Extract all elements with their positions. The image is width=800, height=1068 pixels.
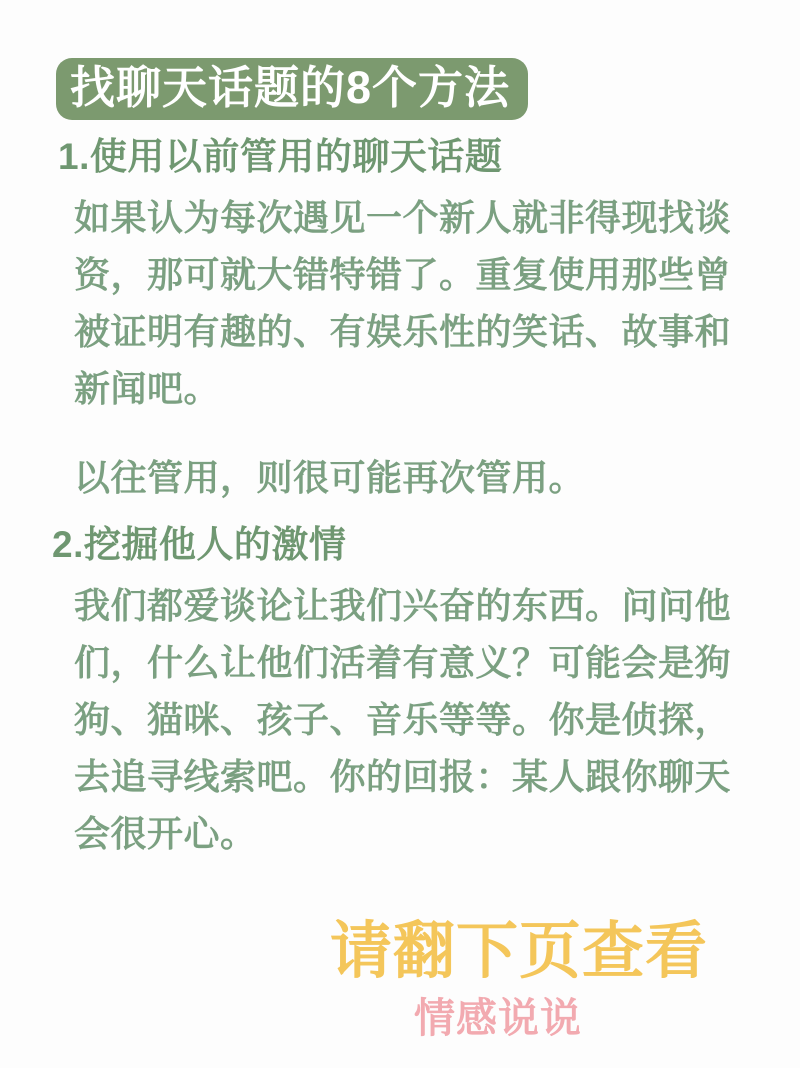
section-2-heading: 2.挖掘他人的激情 xyxy=(52,524,800,566)
section-1-heading: 1.使用以前管用的聊天话题 xyxy=(58,136,800,178)
section-1-paragraph-1: 如果认为每次遇见一个新人就非得现找谈 资，那可就大错特错了。重复使用那些曾 被证… xyxy=(74,189,800,417)
page-title-badge: 找聊天话题的8个方法 xyxy=(56,58,528,120)
section-2-paragraph-1: 我们都爱谈论让我们兴奋的东西。问问他 们，什么让他们活着有意义？可能会是狗 狗、… xyxy=(74,577,800,862)
text-card-page: 找聊天话题的8个方法 1.使用以前管用的聊天话题 如果认为每次遇见一个新人就非得… xyxy=(0,0,800,1068)
section-1-paragraph-2: 以往管用，则很可能再次管用。 xyxy=(74,449,800,506)
watermark-text: 情感说说 xyxy=(414,996,582,1041)
next-page-cta: 请翻下页查看 xyxy=(330,918,708,986)
